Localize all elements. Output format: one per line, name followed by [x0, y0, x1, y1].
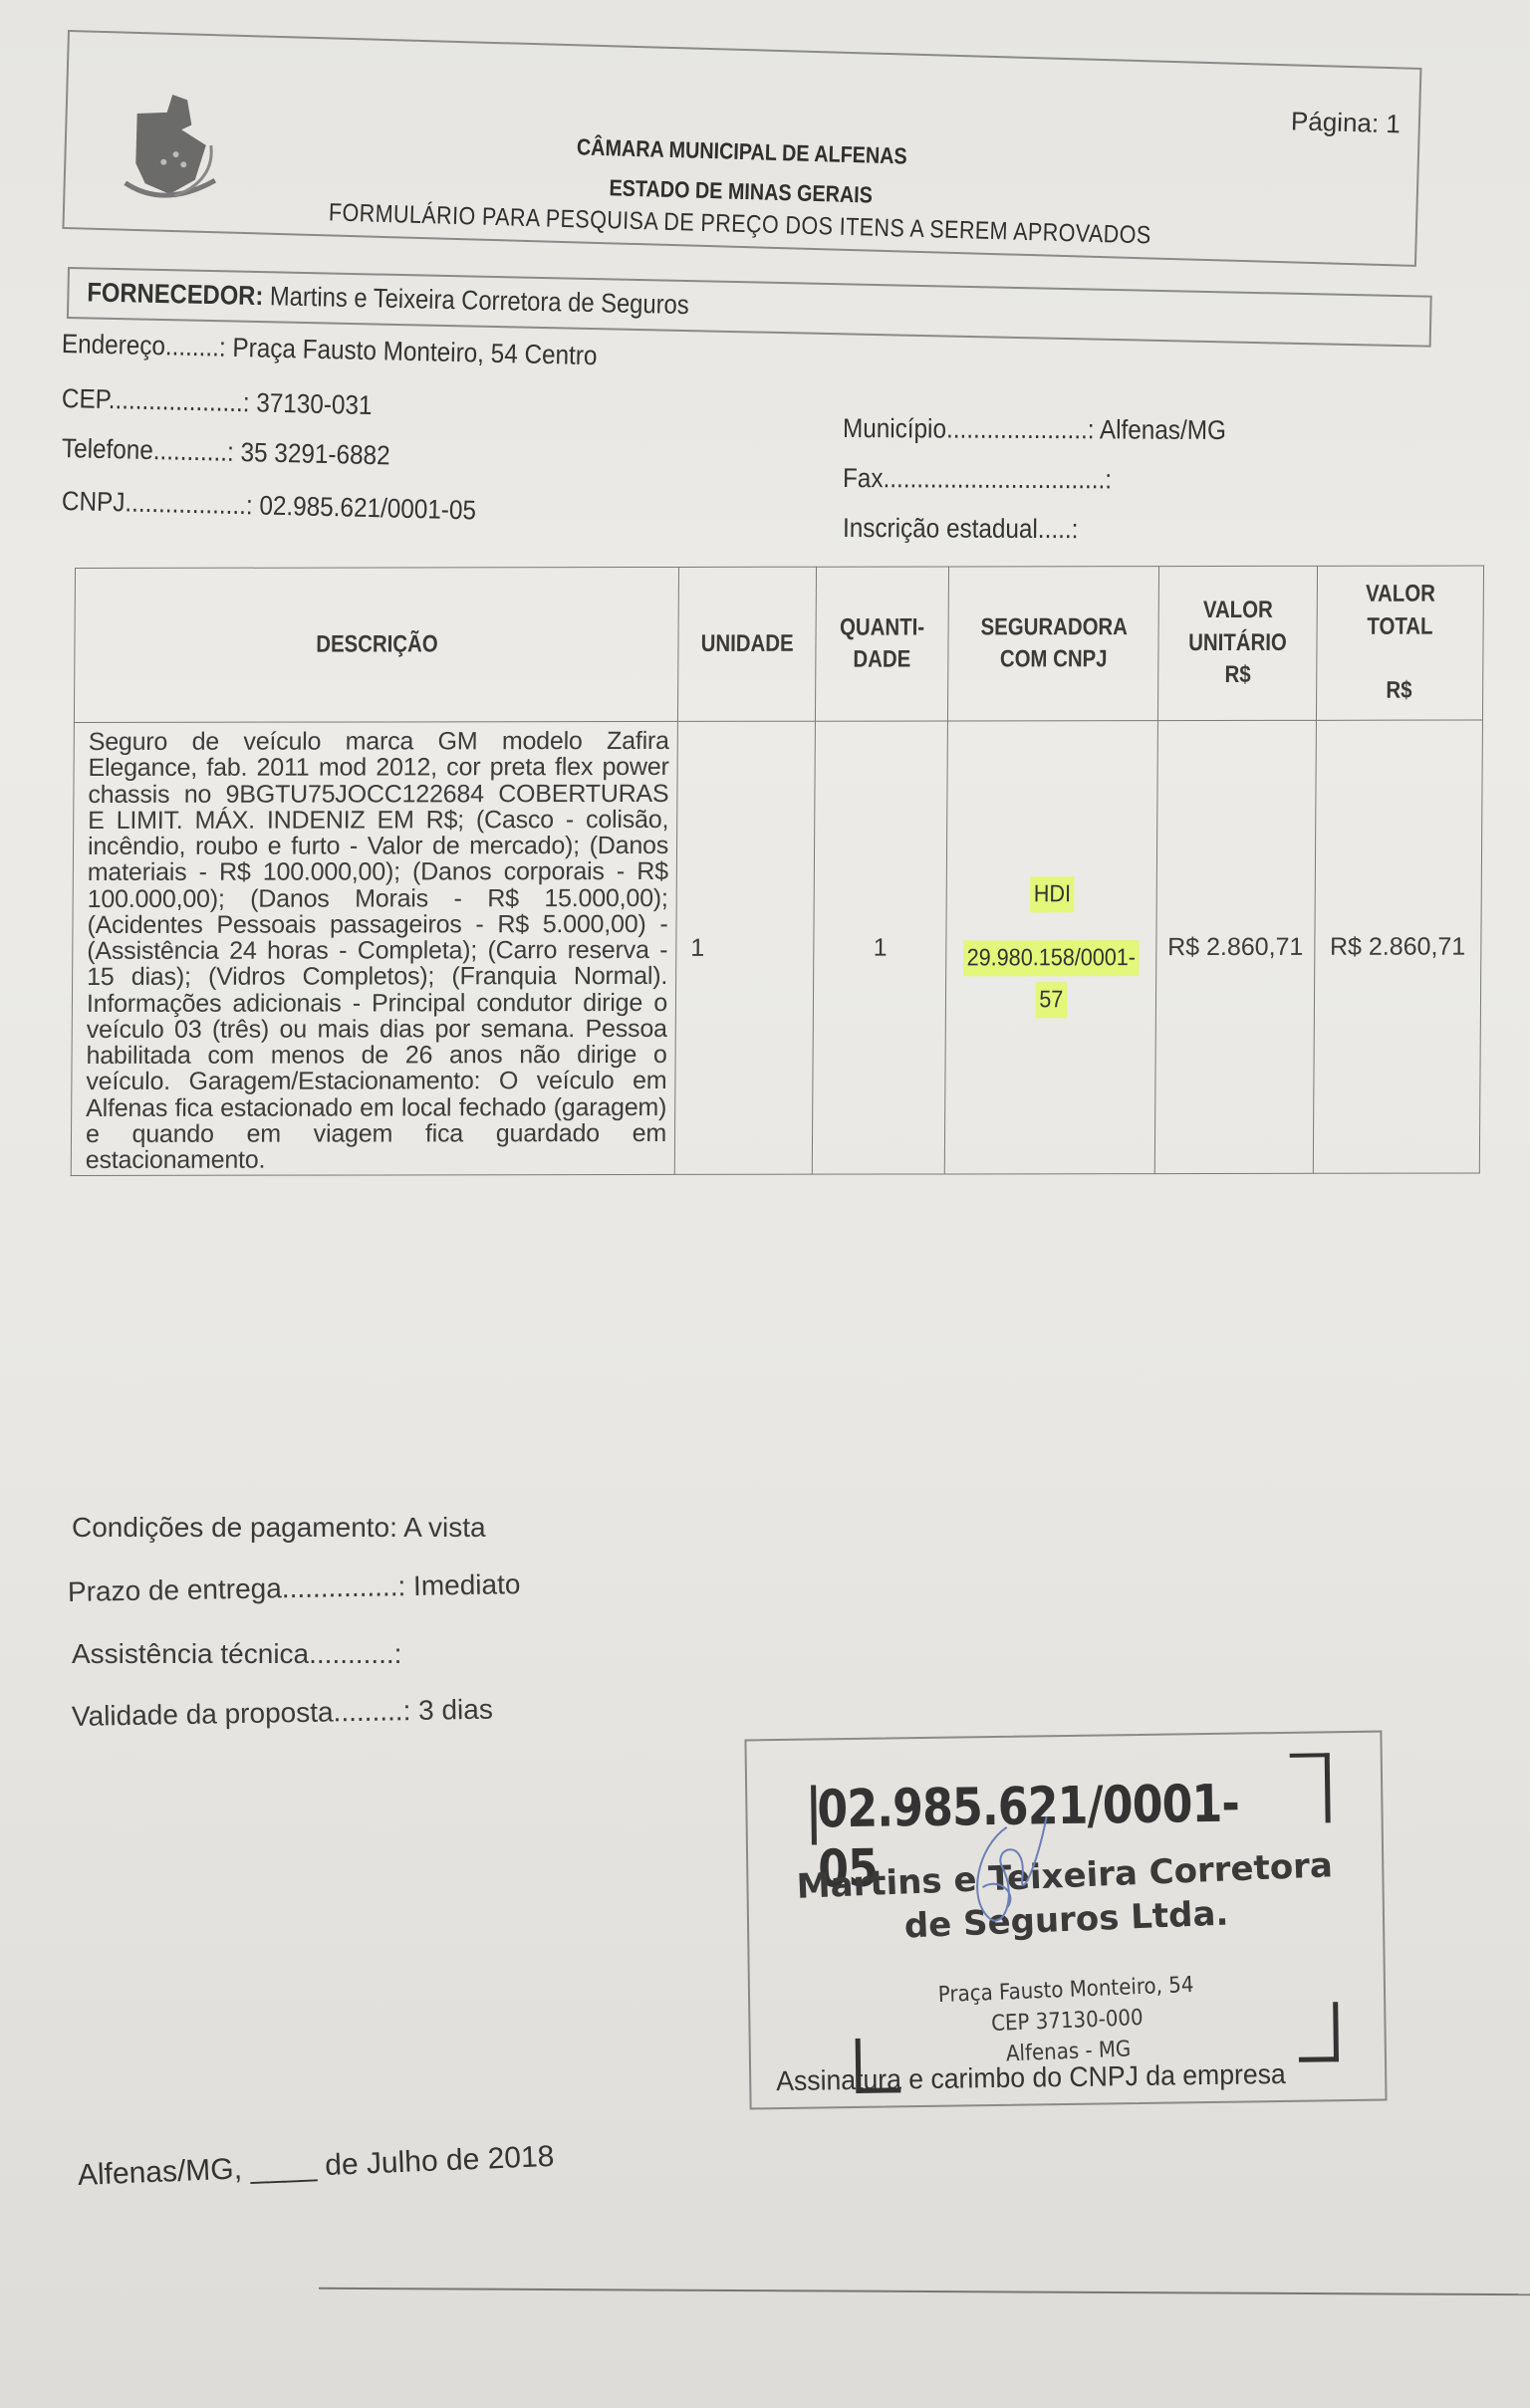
- document-page: Página: 1 CÂMARA MUNICIPAL DE ALFENAS ES…: [0, 0, 1530, 2408]
- cep-label: CEP....................:: [62, 383, 257, 417]
- municipio-value: Alfenas/MG: [1100, 414, 1226, 445]
- page-number: Página: 1: [1291, 106, 1402, 139]
- cell-valor-unitario: R$ 2.860,71: [1155, 720, 1316, 1174]
- bottom-divider: [319, 2288, 1530, 2295]
- municipio-field: Município.....................: Alfenas/…: [843, 413, 1226, 446]
- header-descricao: DESCRIÇÃO: [74, 567, 678, 722]
- header-unidade: UNIDADE: [677, 567, 816, 721]
- phone-label: Telefone...........:: [62, 433, 241, 467]
- cnpj-value: 02.985.621/0001-05: [259, 491, 476, 526]
- cep-field: CEP....................: 37130-031: [62, 383, 373, 421]
- table-header-row: DESCRIÇÃO UNIDADE QUANTI-DADE SEGURADORA…: [74, 566, 1483, 722]
- insurer-cnpj-part2: 57: [1035, 982, 1066, 1018]
- phone-value: 35 3291-6882: [240, 437, 390, 470]
- validity-value: 3 dias: [418, 1694, 493, 1726]
- table-row: Seguro de veículo marca GM modelo Zafira…: [71, 720, 1482, 1176]
- payment-value: A vista: [403, 1512, 485, 1543]
- date-line: Alfenas/MG, ____ de Julho de 2018: [77, 2140, 555, 2193]
- delivery-label: Prazo de entrega...............:: [68, 1570, 414, 1607]
- date-blank: ____: [250, 2149, 318, 2185]
- signature-icon: [946, 1806, 1068, 1948]
- stamp-caption: Assinatura e carimbo do CNPJ da empresa: [776, 2058, 1286, 2097]
- delivery-terms: Prazo de entrega...............: Imediat…: [68, 1568, 521, 1608]
- cell-descricao: Seguro de veículo marca GM modelo Zafira…: [71, 721, 677, 1175]
- header-valor-total: VALORTOTALR$: [1316, 566, 1484, 720]
- payment-label: Condições de pagamento:: [72, 1512, 403, 1543]
- quote-table: DESCRIÇÃO UNIDADE QUANTI-DADE SEGURADORA…: [71, 566, 1484, 1177]
- cnpj-field: CNPJ..................: 02.985.621/0001-…: [62, 486, 477, 526]
- supplier-line: FORNECEDOR: Martins e Teixeira Corretora…: [87, 277, 689, 321]
- address-label: Endereço........:: [62, 329, 233, 362]
- tech-assistance-label: Assistência técnica...........:: [72, 1638, 401, 1669]
- quote-table-wrap: DESCRIÇÃO UNIDADE QUANTI-DADE SEGURADORA…: [69, 566, 1485, 1494]
- cell-valor-total: R$ 2.860,71: [1313, 720, 1483, 1174]
- fax-field: Fax.................................:: [843, 463, 1112, 495]
- fax-label: Fax.................................:: [843, 463, 1112, 494]
- date-prefix: Alfenas/MG,: [77, 2152, 251, 2192]
- date-suffix: de Julho de 2018: [316, 2140, 555, 2183]
- cnpj-label: CNPJ..................:: [62, 486, 260, 520]
- inscricao-field: Inscrição estadual.....:: [843, 513, 1079, 545]
- supplier-label: FORNECEDOR:: [87, 277, 263, 311]
- header-seguradora: SEGURADORACOM CNPJ: [948, 567, 1159, 721]
- cell-unidade: 1: [674, 721, 815, 1174]
- phone-field: Telefone...........: 35 3291-6882: [62, 433, 390, 471]
- header-valor-unitario: VALORUNITÁRIOR$: [1158, 566, 1317, 720]
- validity-label: Validade da proposta.........:: [72, 1695, 419, 1732]
- inscricao-label: Inscrição estadual.....:: [843, 513, 1079, 544]
- payment-terms: Condições de pagamento: A vista: [72, 1512, 486, 1544]
- insurer-cnpj-part1: 29.980.158/0001-: [963, 940, 1140, 976]
- address-value: Praça Fausto Monteiro, 54 Centro: [232, 333, 598, 370]
- header-quantidade: QUANTI-DADE: [816, 567, 949, 721]
- delivery-value: Imediato: [413, 1568, 521, 1601]
- supplier-name: Martins e Teixeira Corretora de Seguros: [270, 281, 689, 320]
- cell-quantidade: 1: [813, 721, 948, 1174]
- insurer-name: HDI: [1030, 876, 1075, 912]
- header-box: Página: 1 CÂMARA MUNICIPAL DE ALFENAS ES…: [62, 30, 1421, 267]
- address-field: Endereço........: Praça Fausto Monteiro,…: [62, 329, 598, 371]
- proposal-validity: Validade da proposta.........: 3 dias: [72, 1694, 493, 1733]
- cep-value: 37130-031: [256, 387, 373, 420]
- municipio-label: Município.....................:: [843, 413, 1100, 444]
- tech-assistance: Assistência técnica...........:: [72, 1638, 401, 1670]
- company-stamp: 02.985.621/0001-05 Martins e Teixeira Co…: [744, 1731, 1387, 2110]
- cell-seguradora: HDI 29.980.158/0001- 57: [944, 721, 1157, 1175]
